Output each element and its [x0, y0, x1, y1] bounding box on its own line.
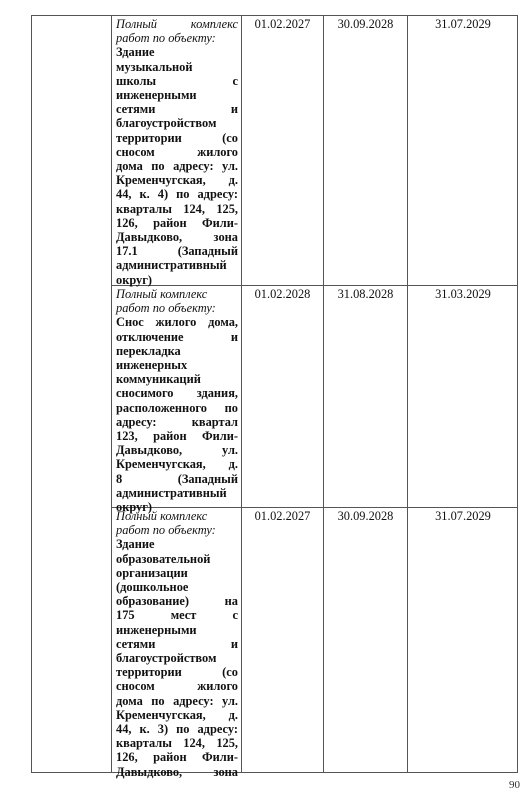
object-description-line: административный [116, 486, 238, 500]
object-description-line: 8 (Западный [116, 472, 238, 486]
intro-line: Полный комплекс [116, 509, 238, 523]
object-description-line: кварталы 124, 125, [116, 736, 238, 750]
object-description-line: территории (со [116, 131, 238, 145]
intro-line: Полный комплекс [116, 17, 238, 31]
object-description-line: Здание [116, 45, 238, 59]
object-description-line: 123, район Фили- [116, 429, 238, 443]
table-row-2-object-cell: Полный комплекс работ по объекту: Снос ж… [116, 287, 238, 514]
object-description-line: Здание [116, 537, 238, 551]
table-row-1-start-date: 01.02.2027 [242, 17, 323, 31]
object-description-line: Давыдково, ул. [116, 443, 238, 457]
object-description-line: округ) [116, 273, 238, 287]
object-description-line: отключение и [116, 330, 238, 344]
table-row-3-date-2: 30.09.2028 [324, 509, 407, 523]
object-description-line: адресу: квартал [116, 415, 238, 429]
object-description: Зданиемузыкальнойшколы синженернымисетям… [116, 45, 238, 286]
object-description-line: кварталы 124, 125, [116, 202, 238, 216]
object-description-line: музыкальной [116, 60, 238, 74]
object-description-line: дома по адресу: ул. [116, 694, 238, 708]
object-description-line: коммуникаций [116, 372, 238, 386]
object-description-line: Давыдково, зона [116, 765, 238, 779]
intro-line: Полный комплекс [116, 287, 238, 301]
object-description-line: сносимого здания, [116, 386, 238, 400]
object-description-line: организации [116, 566, 238, 580]
intro-line: работ по объекту: [116, 31, 238, 45]
object-description-line: инженерных [116, 358, 238, 372]
object-description-line: Кременчугская, д. [116, 708, 238, 722]
table-row-1-object-cell: Полный комплекс работ по объекту: Здание… [116, 17, 238, 287]
object-description-line: инженерными [116, 623, 238, 637]
object-description-line: (дошкольное [116, 580, 238, 594]
object-description-line: Давыдково, зона [116, 230, 238, 244]
object-description-line: 44, к. 4) по адресу: [116, 187, 238, 201]
column-divider [111, 16, 112, 772]
object-description-line: инженерными [116, 88, 238, 102]
object-description-line: административный [116, 258, 238, 272]
object-description-line: школы с [116, 74, 238, 88]
object-description-line: Снос жилого дома, [116, 315, 238, 329]
table-row-1-date-2: 30.09.2028 [324, 17, 407, 31]
table-row-3-object-cell: Полный комплекс работ по объекту: Здание… [116, 509, 238, 779]
object-description-line: сетями и [116, 637, 238, 651]
object-description-line: 126, район Фили- [116, 216, 238, 230]
object-description: Снос жилого дома,отключение иперекладкаи… [116, 315, 238, 514]
object-description-line: сносом жилого [116, 145, 238, 159]
column-divider [407, 16, 408, 772]
table-row-3-date-3: 31.07.2029 [408, 509, 518, 523]
page-number: 90 [509, 779, 520, 791]
object-description-line: 126, район Фили- [116, 750, 238, 764]
table-row-2-date-3: 31.03.2029 [408, 287, 518, 301]
object-description-line: расположенного по [116, 401, 238, 415]
object-description-line: образовательной [116, 552, 238, 566]
object-description-line: Кременчугская, д. [116, 457, 238, 471]
object-description-line: дома по адресу: ул. [116, 159, 238, 173]
object-description-line: перекладка [116, 344, 238, 358]
intro-line: работ по объекту: [116, 301, 238, 315]
table-row-1-date-3: 31.07.2029 [408, 17, 518, 31]
object-description-line: территории (со [116, 665, 238, 679]
object-description-line: благоустройством [116, 651, 238, 665]
object-description-line: благоустройством [116, 116, 238, 130]
object-description-line: Кременчугская, д. [116, 173, 238, 187]
table-row-2-start-date: 01.02.2028 [242, 287, 323, 301]
object-description-line: сносом жилого [116, 679, 238, 693]
object-description-line: 44, к. 3) по адресу: [116, 722, 238, 736]
object-description-line: сетями и [116, 102, 238, 116]
object-description-line: 17.1 (Западный [116, 244, 238, 258]
object-description-line: образование) на [116, 594, 238, 608]
table-row-2-date-2: 31.08.2028 [324, 287, 407, 301]
object-description-line: 175 мест с [116, 608, 238, 622]
column-divider [323, 16, 324, 772]
column-divider [241, 16, 242, 772]
schedule-table: Полный комплекс работ по объекту: Здание… [31, 15, 518, 773]
intro-line: работ по объекту: [116, 523, 238, 537]
object-description: Зданиеобразовательнойорганизации(дошколь… [116, 537, 238, 778]
table-row-3-start-date: 01.02.2027 [242, 509, 323, 523]
